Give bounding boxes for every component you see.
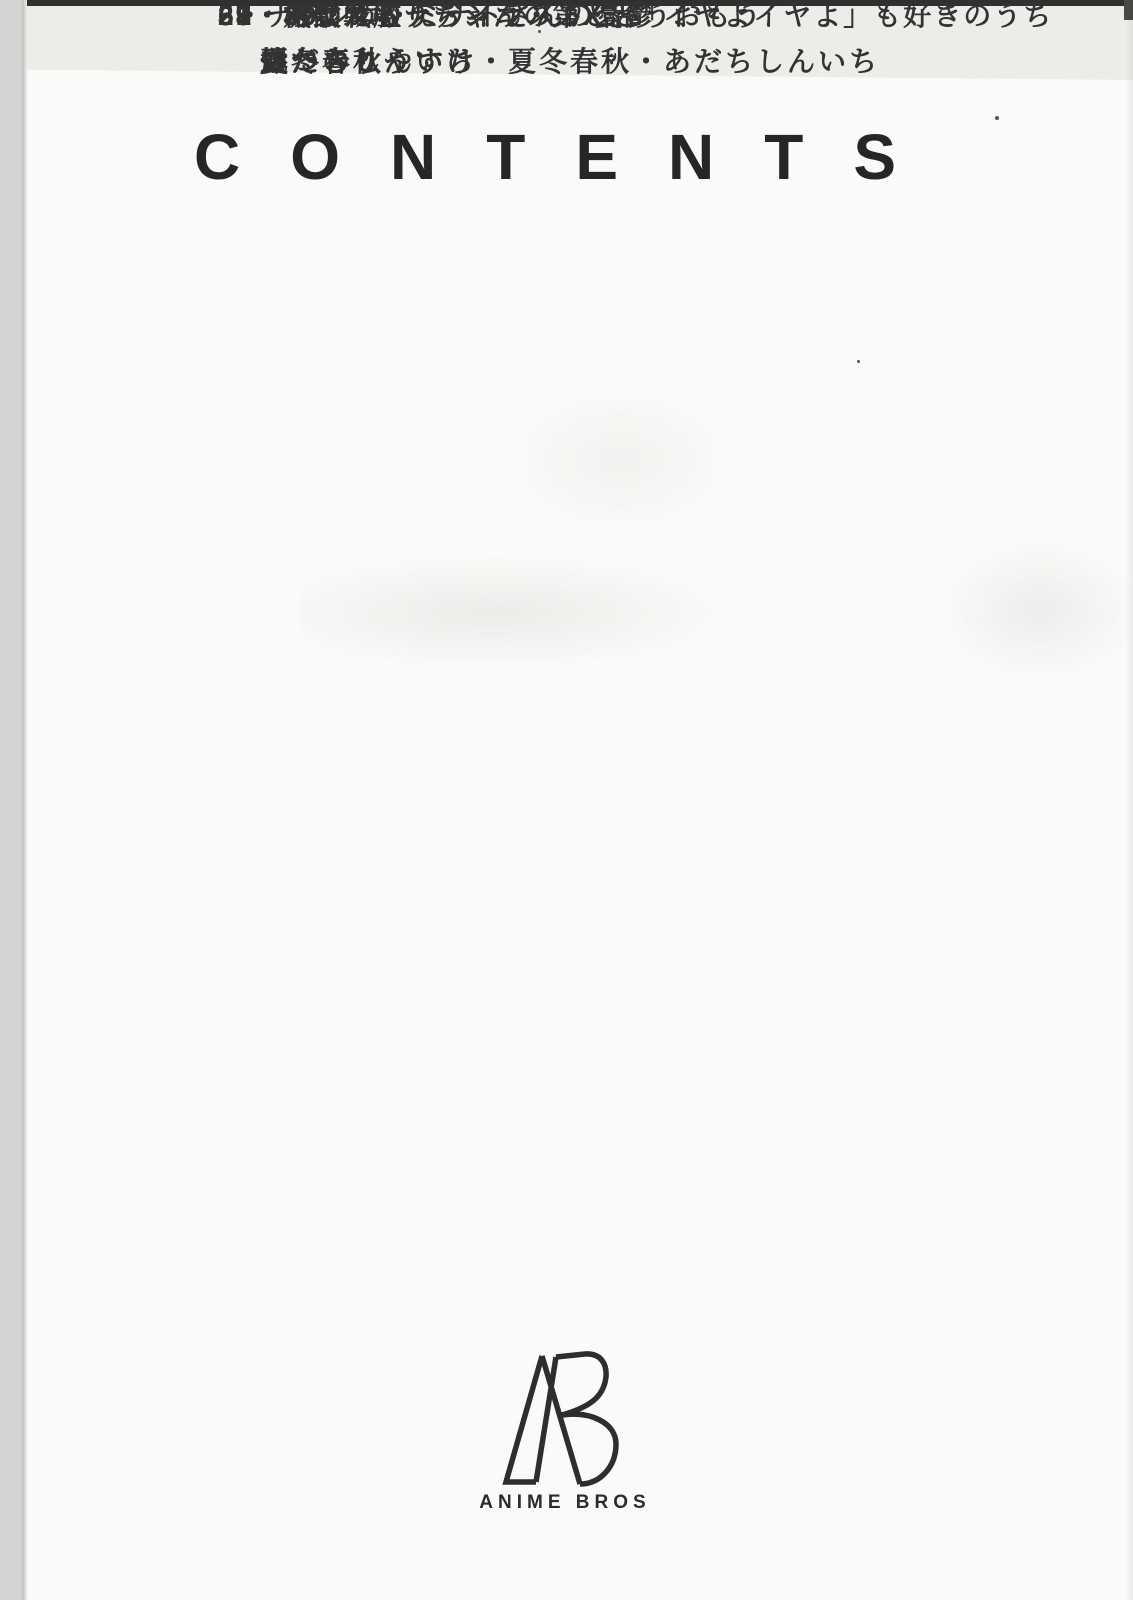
paper-right-edge-shadow — [1125, 0, 1133, 1600]
toc-entry-title: 63・対談 — [218, 0, 880, 32]
ink-bleed-ghost — [505, 385, 735, 535]
logo-text: ANIME BROS — [455, 1492, 675, 1514]
toc-entry-author: いつきこうすけ・夏冬春秋・あだちしんいち — [218, 46, 880, 78]
scan-speck — [857, 360, 860, 363]
paper-left-edge-shadow — [22, 0, 27, 1600]
ink-bleed-ghost — [940, 540, 1133, 680]
scanned-contents-page: CONTENTS 5・ナデシコ・ミナトさんの憂鬱 いつきこうすけ 29・30・ぬ… — [0, 0, 1133, 1600]
anime-bros-logo-icon — [488, 1348, 633, 1493]
page-title: CONTENTS — [194, 120, 946, 194]
ink-bleed-ghost — [300, 555, 730, 660]
scan-speck — [995, 116, 999, 120]
paper-left-edge — [0, 0, 22, 1600]
toc-entry: 63・対談 いつきこうすけ・夏冬春秋・あだちしんいち — [218, 0, 880, 78]
